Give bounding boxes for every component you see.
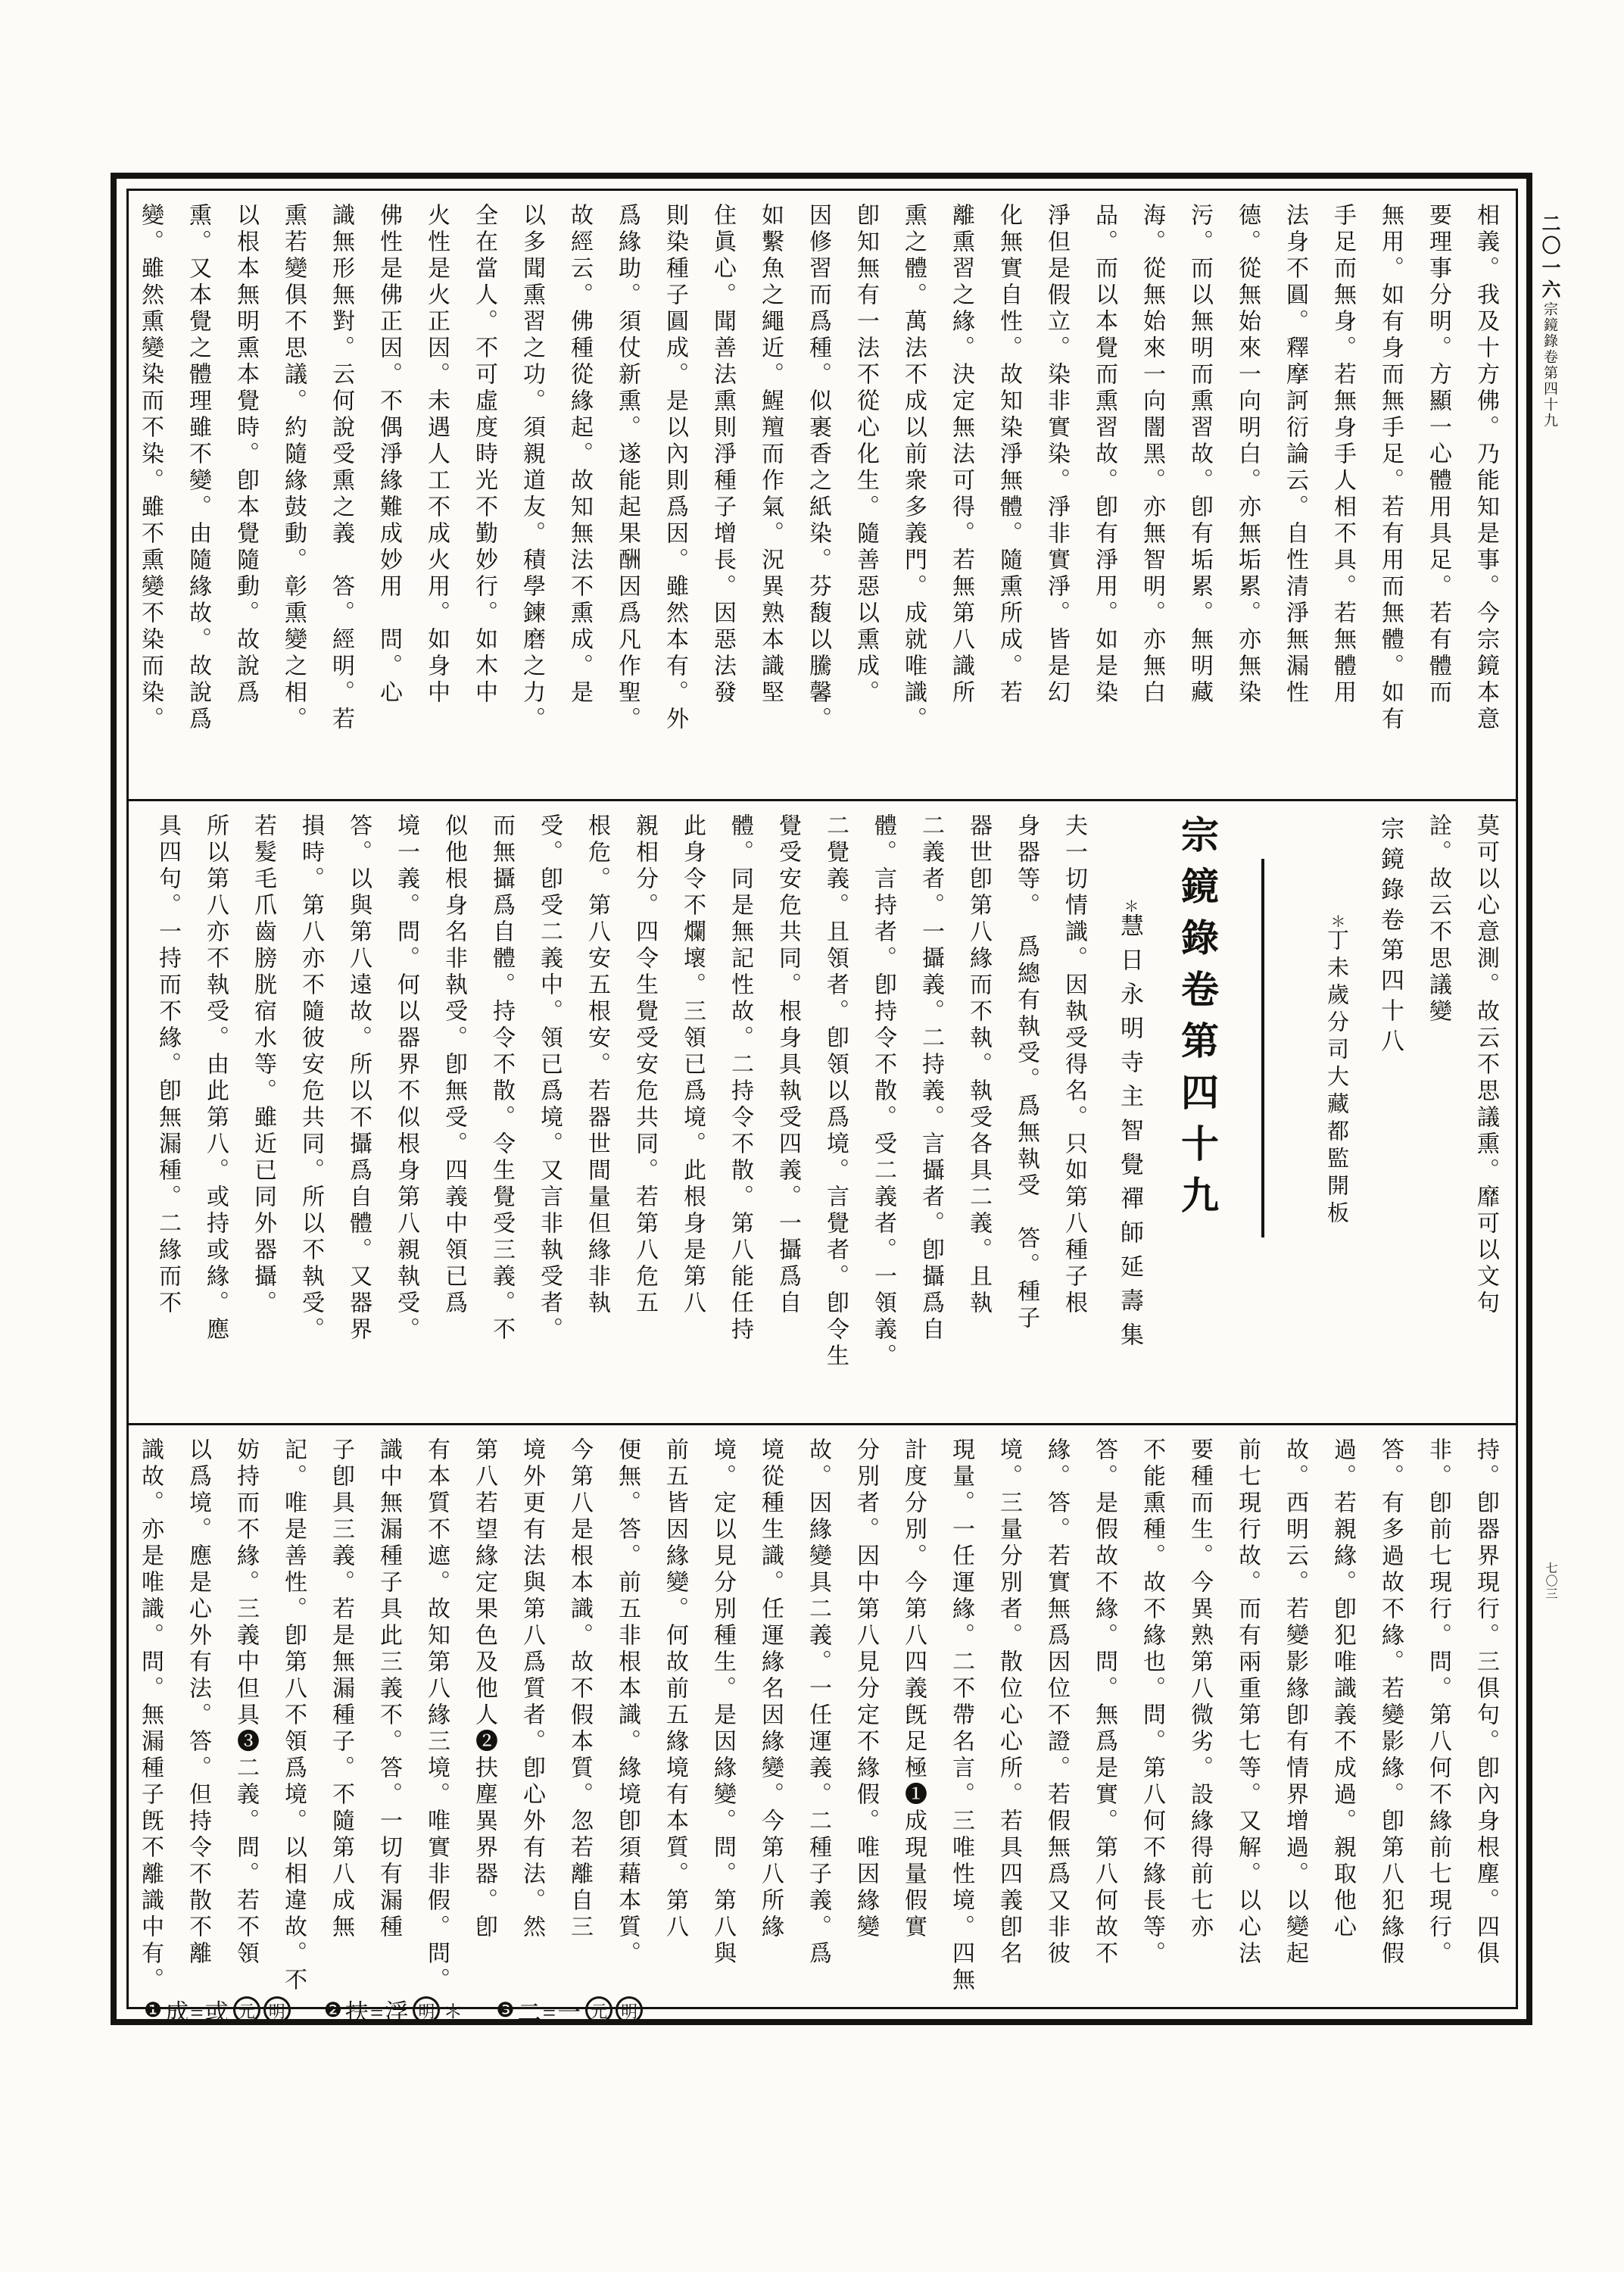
text-column: 緣。答。若實無爲因位不證。若假無爲又非彼: [1033, 1437, 1080, 2003]
footnote-entry: ❶ 成=或 元 明: [144, 1993, 291, 2027]
text-column: 現量。一任運緣。二不帶名言。三唯性境。四無: [937, 1437, 985, 2003]
footnote-marker: ❸: [496, 1999, 514, 2022]
text-column: 前七現行故。而有兩重第七等。又解。以心法: [1223, 1437, 1271, 2003]
text-column: 相義。我及十方佛。乃能知是事。今宗鏡本意: [1462, 203, 1510, 793]
text-column: 此身令不爛壞。三領已爲境。此根身是第八: [669, 813, 716, 1417]
text-column: 變。雖然熏變染而不染。雖不熏變不染而染。: [126, 203, 174, 793]
edition-siglum: 元: [233, 1996, 260, 2024]
text-column: 答。以與第八遠故。所以不攝爲自體。又器界: [335, 813, 382, 1417]
margin-page-number: 七〇三: [1541, 1562, 1559, 1600]
text-column: 境。三量分別者。散位心心所。若具四義卽名: [985, 1437, 1033, 2003]
footnote-reading: 扶=浮: [345, 1993, 410, 2027]
text-column: 淨但是假立。染非實染。淨非實淨。皆是幻: [1033, 203, 1080, 793]
text-column: 答。有多過故不緣。若變影緣。卽第八犯緣假: [1367, 1437, 1414, 2003]
edition-siglum: 明: [616, 1996, 643, 2024]
text-column: 覺受安危共同。根身具執受四義。一攝爲自: [764, 813, 812, 1417]
footnote-entry: ❷ 扶=浮 明 ＊: [324, 1993, 463, 2027]
fascicle49-title: 宗鏡錄卷第四十九: [1154, 813, 1220, 1417]
text-column: 手足而無身。若無身手人相不具。若無體用: [1319, 203, 1367, 793]
scanned-sutra-page: 二〇一六 宗鏡錄卷第四十九 七〇三 相義。我及十方佛。乃能知是事。今宗鏡本意要理…: [0, 0, 1624, 2272]
text-column: 以根本無明熏本覺時。卽本覺隨動。故說爲: [222, 203, 270, 793]
text-column: 要理事分明。方顯一心體用具足。若有體而: [1414, 203, 1462, 793]
text-column: 今第八是根本識。故不假本質。忽若離自三: [556, 1437, 603, 2003]
text-column: 德。從無始來一向明白。亦無垢累。亦無染: [1223, 203, 1271, 793]
footnote-reading: 成=或: [165, 1993, 229, 2027]
text-column: 而無攝爲自體。持令不散。令生覺受三義。不: [478, 813, 525, 1417]
text-column: 識故。亦是唯識。問。無漏種子旣不離識中有。: [126, 1437, 174, 2003]
text-column: 二義者。一攝義。二持義。言攝者。卽攝爲自: [907, 813, 955, 1417]
text-column: 非。卽前七現行。問。第八何不緣前七現行。: [1414, 1437, 1462, 2003]
edition-siglum: 元: [585, 1996, 613, 2024]
text-column: 分別者。因中第八見分定不緣假。唯因緣變: [842, 1437, 890, 2003]
margin-running-title: 宗鏡錄卷第四十九: [1539, 301, 1560, 429]
text-column: 要種而生。今異熟第八微劣。設緣得前七亦: [1176, 1437, 1223, 2003]
text-column: 佛性是佛正因。不偶淨緣難成妙用 問。心: [365, 203, 413, 793]
text-column: 故。因緣變具二義。一任運義。二種子義。爲: [794, 1437, 842, 2003]
section-divider-rule: [1220, 813, 1305, 1417]
text-column: 污。而以無明而熏習故。卽有垢累。無明藏: [1176, 203, 1223, 793]
text-column: 以爲境。應是心外有法。答。但持令不散不離: [174, 1437, 222, 2003]
text-column: 計度分別。今第八四義旣足極❶成現量假實: [890, 1437, 937, 2003]
apparatus-footnote-line: ❶ 成=或 元 明 ❷ 扶=浮 明 ＊ ❸ 二=一 元 明: [144, 1990, 1469, 2030]
text-column: 第八若望緣定果色及他人❷扶塵異界器。卽: [460, 1437, 508, 2003]
footnote-reading: 二=一: [518, 1993, 582, 2027]
edition-siglum: 明: [263, 1996, 291, 2024]
text-column: 熏之體。萬法不成以前衆多義門。成就唯識。: [890, 203, 937, 793]
text-column: 有本質不遮。故知第八緣三境。唯實非假。問。: [413, 1437, 460, 2003]
footnote-entry: ❸ 二=一 元 明: [496, 1993, 643, 2027]
text-column: 器世卽第八緣而不執。執受各具二義。且執: [955, 813, 1002, 1417]
text-column: 不能熏種。故不緣也。問。第八何不緣長等。: [1128, 1437, 1176, 2003]
band-top: 相義。我及十方佛。乃能知是事。今宗鏡本意要理事分明。方顯一心體用具足。若有體而無…: [129, 191, 1516, 799]
taisho-text-number: 二〇一六: [1535, 214, 1563, 301]
text-column: 品。而以本覺而熏習故。卽有淨用。如是染: [1080, 203, 1128, 793]
band-bottom: 持。卽器界現行。三俱句。卽內身根塵。四俱非。卽前七現行。問。第八何不緣前七現行。…: [129, 1425, 1516, 2009]
text-column: 海。從無始來一向闇黑。亦無智明。亦無白: [1128, 203, 1176, 793]
text-column: 法身不圓。釋摩訶衍論云。自性清淨無漏性: [1271, 203, 1319, 793]
text-column: 夫一切情識。因執受得名。只如第八種子根: [1050, 813, 1098, 1417]
text-column: 境。定以見分別種生。是因緣變。問。第八與: [699, 1437, 747, 2003]
text-column: 因修習而爲種。似裹香之紙染。芬馥以騰馨。: [794, 203, 842, 793]
text-column: 似他根身名非執受。卽無受。四義中領已爲: [430, 813, 478, 1417]
text-column: 具四句。一持而不緣。卽無漏種。二緣而不: [144, 813, 192, 1417]
text-column: 受。卽受二義中。領已爲境。又言非執受者。: [525, 813, 573, 1417]
text-column: 以多聞熏習之功。須親道友。積學鍊磨之力。: [508, 203, 556, 793]
text-column: 如繫魚之繩近。鯹羶而作氣。況異熟本識堅: [747, 203, 794, 793]
text-column: 火性是火正因。未遇人工不成火用。如身中: [413, 203, 460, 793]
text-column: 莫可以心意測。故云不思議熏。靡可以文句: [1462, 813, 1510, 1417]
text-column: 二覺義。且領者。卽領以爲境。言覺者。卽令生: [812, 813, 859, 1417]
band-middle: 莫可以心意測。故云不思議熏。靡可以文句詮。故云不思議變 宗鏡錄卷第四十八 ＊丁未…: [129, 801, 1516, 1423]
text-column: 無用。如有身而無手足。若有用而無體。如有: [1367, 203, 1414, 793]
text-column: 故經云。佛種從緣起。故知無法不熏成。是: [556, 203, 603, 793]
colophon-column: ＊丁未歲分司大藏都監開板: [1305, 813, 1360, 1417]
edition-siglum: 明: [413, 1996, 440, 2024]
author-attribution-column: ＊慧日永明寺主智覺禪師延壽集: [1098, 813, 1154, 1417]
text-column: 體。言持者。卽持令不散。受二義者。一領義。: [859, 813, 907, 1417]
text-column: 熏若變俱不思議。約隨緣鼓動。彰熏變之相。: [270, 203, 317, 793]
text-column: 化無實自性。故知染淨無體。隨熏所成。若: [985, 203, 1033, 793]
text-column: 根危。第八安五根安。若器世間量但緣非執: [573, 813, 621, 1417]
text-column: 熏。又本覺之體理雖不變。由隨緣故。故說爲: [174, 203, 222, 793]
text-column: 詮。故云不思議變: [1414, 813, 1462, 1417]
text-column: 離熏習之緣。決定無法可得。若無第八識所: [937, 203, 985, 793]
text-column: 卽知無有一法不從心化生。隨善惡以熏成。: [842, 203, 890, 793]
footnote-marker: ❶: [144, 1999, 162, 2022]
text-column: 答。是假故不緣。問。無爲是實。第八何故不: [1080, 1437, 1128, 2003]
colophon-text: 丁未歲分司大藏都監開板: [1324, 928, 1348, 1228]
text-column: 所以第八亦不執受。由此第八。或持或緣。應: [192, 813, 239, 1417]
footnote-star: ＊: [443, 1996, 463, 2024]
text-column: 識中無漏種子具此三義不。答。一切有漏種: [365, 1437, 413, 2003]
text-column: 境外更有法與第八爲質者。卽心外有法。然: [508, 1437, 556, 2003]
text-column: 記。唯是善性。卽第八不領爲境。以相違故。不: [270, 1437, 317, 2003]
text-column: 則染種子圓成。是以內則爲因。雖然本有。外: [651, 203, 699, 793]
footnote-marker: ❷: [324, 1999, 342, 2022]
text-column: 前五皆因緣變。何故前五緣境有本質。第八: [651, 1437, 699, 2003]
text-column: 過。若親緣。卽犯唯識義不成過。親取他心: [1319, 1437, 1367, 2003]
fascicle48-closing-title: 宗鏡錄卷第四十八: [1360, 813, 1414, 1417]
author-text: 慧日永明寺主智覺禪師延壽集: [1117, 913, 1143, 1356]
text-column: 持。卽器界現行。三俱句。卽內身根塵。四俱: [1462, 1437, 1510, 2003]
text-column: 故。西明云。若變影緣卽有情界增過。以變起: [1271, 1437, 1319, 2003]
text-column: 子卽具三義。若是無漏種子。不隨第八成無: [317, 1437, 365, 2003]
text-column: 識無形無對。云何說受熏之義 答。經明。若: [317, 203, 365, 793]
text-column: 若髮毛爪齒膀胱宿水等。雖近已同外器攝。: [239, 813, 287, 1417]
text-column: 境從種生識。任運緣名因緣變。今第八所緣: [747, 1437, 794, 2003]
text-column: 便無。答。前五非根本識。緣境卽須藉本質。: [603, 1437, 651, 2003]
text-column: 親相分。四令生覺受安危共同。若第八危五: [621, 813, 669, 1417]
text-column: 爲緣助。須仗新熏。遂能起果酬因爲凡作聖。: [603, 203, 651, 793]
text-column: 全在當人。不可虛度時光不勤妙行。如木中: [460, 203, 508, 793]
apparatus-star-mark: ＊: [1328, 913, 1345, 928]
text-column: 住眞心。聞善法熏則淨種子增長。因惡法發: [699, 203, 747, 793]
text-column: 體。同是無記性故。二持令不散。第八能任持: [716, 813, 764, 1417]
text-column: 妨持而不緣。三義中但具❸二義。問。若不領: [222, 1437, 270, 2003]
text-column: 境一義。問。何以器界不似根身第八親執受。: [382, 813, 430, 1417]
text-column: 身器等。 爲總有執受。爲無執受 答。種子: [1002, 813, 1050, 1417]
apparatus-star-mark: ＊: [1121, 898, 1138, 913]
text-column: 損時。第八亦不隨彼安危共同。所以不執受。: [287, 813, 335, 1417]
